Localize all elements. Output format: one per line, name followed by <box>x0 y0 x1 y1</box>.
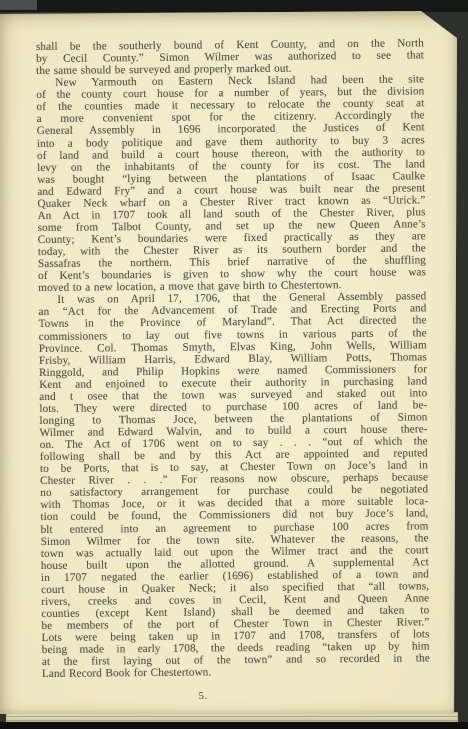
paragraph: It was on April 17, 1706, that the Gener… <box>38 291 430 681</box>
page-number: 5. <box>160 691 246 702</box>
text-block: shall be the southerly bound of Kent Cou… <box>36 37 430 680</box>
scan-background-bottom <box>0 722 468 729</box>
scan-background-top <box>0 0 468 12</box>
paragraph: New Yarmouth on Eastern Neck Island had … <box>36 73 426 294</box>
page-edge-line <box>6 720 458 721</box>
text-line: Land Record Book for Chestertown. <box>42 665 430 681</box>
scan-background-corner-patch <box>0 0 37 10</box>
book-page: shall be the southerly bound of Kent Cou… <box>0 11 457 714</box>
paragraph: shall be the southerly bound of Kent Cou… <box>36 37 424 77</box>
page-edge-line <box>6 716 458 717</box>
